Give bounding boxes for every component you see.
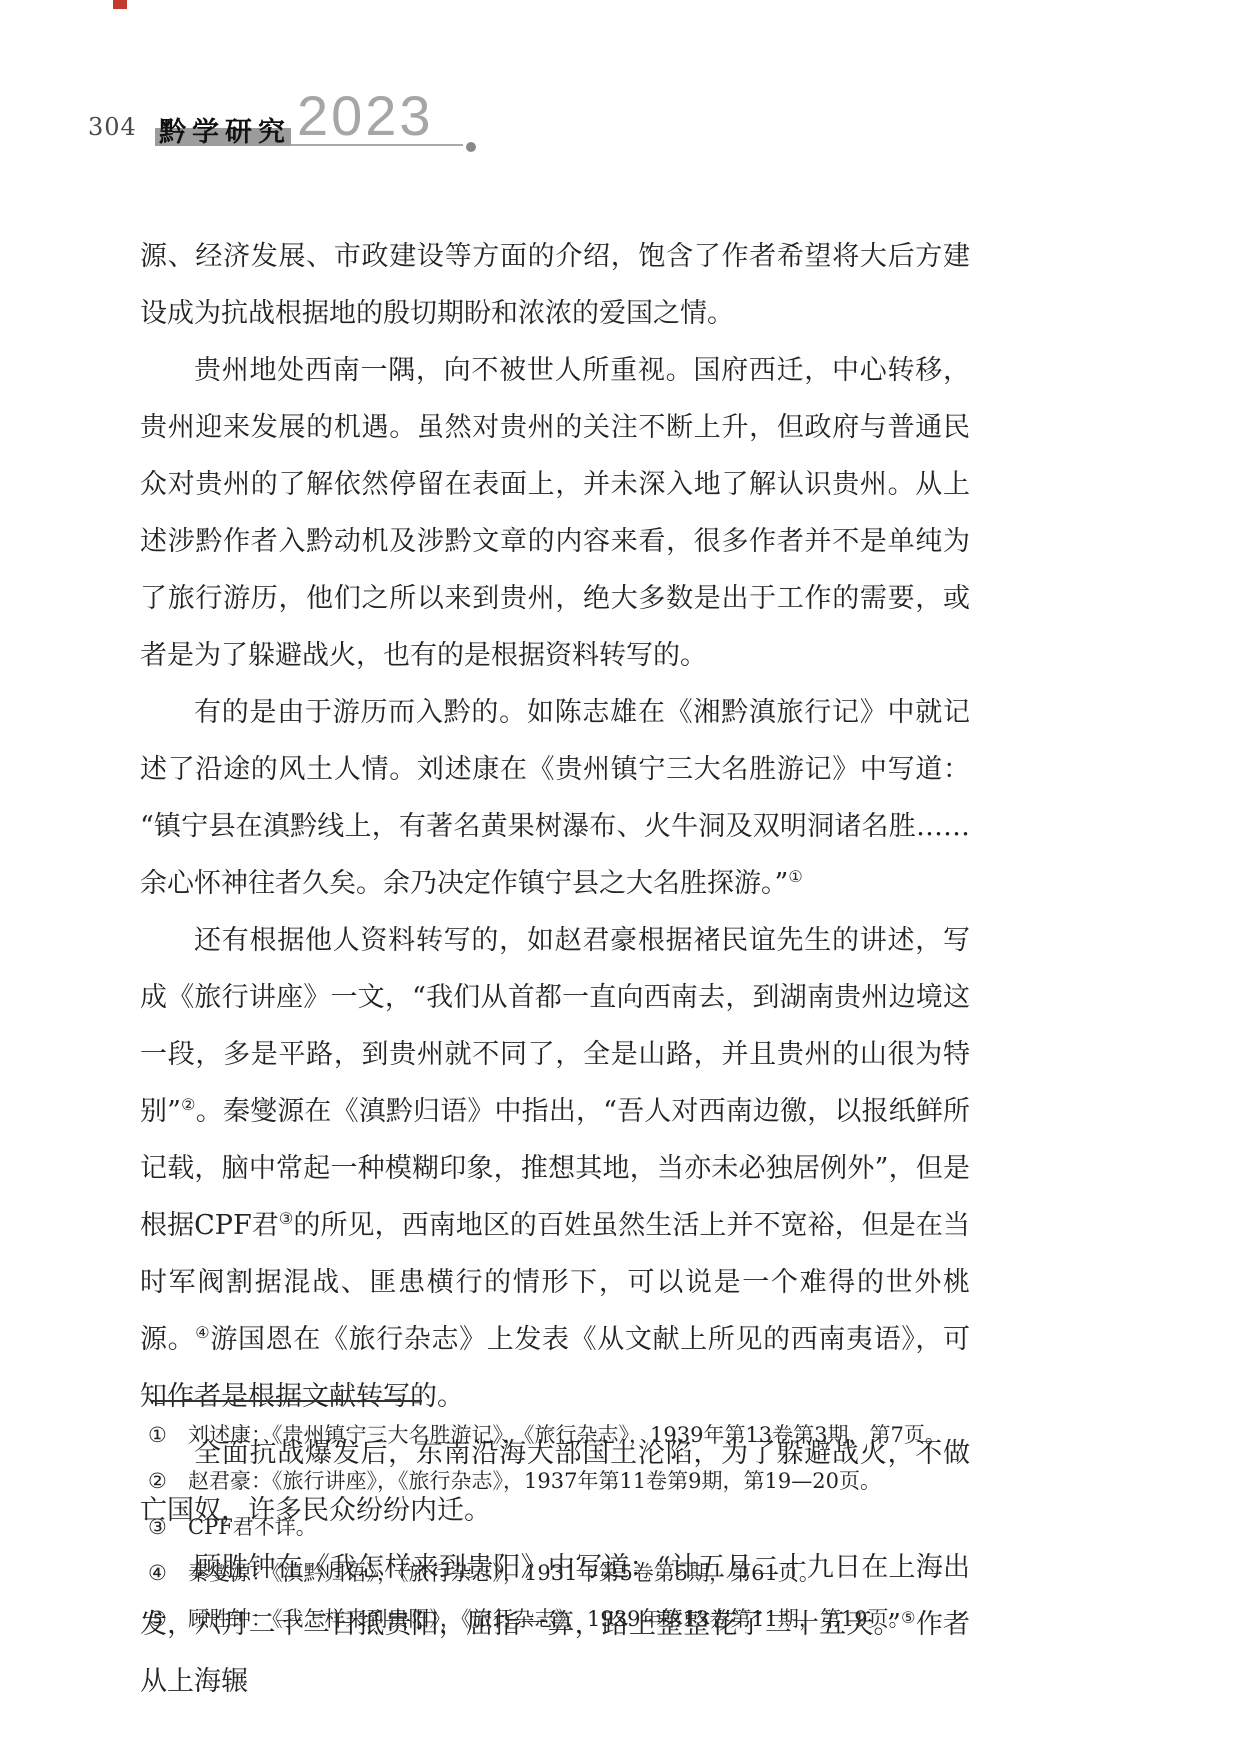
paragraph-text: 贵州地处西南一隅，向不被世人所重视。国府西迁，中心转移，贵州迎来发展的机遇。虽然… [140, 355, 970, 671]
footnote-text: 秦燮源：《滇黔归语》，《旅行杂志》，1931年第5卷第5期，第61页。 [188, 1550, 970, 1596]
paragraph: 贵州地处西南一隅，向不被世人所重视。国府西迁，中心转移，贵州迎来发展的机遇。虽然… [140, 342, 970, 684]
footnote-text: 刘述康：《贵州镇宁三大名胜游记》，《旅行杂志》，1939年第13卷第3期，第7页… [188, 1412, 970, 1458]
footnote-separator-rule [152, 1400, 422, 1402]
footnote-text: CPF君不详。 [188, 1504, 970, 1550]
footnote-ref: ④ [195, 1323, 210, 1342]
footnote-text: 赵君豪：《旅行讲座》，《旅行杂志》，1937年第11卷第9期，第19—20页。 [188, 1458, 970, 1504]
paragraph-text: 源、经济发展、市政建设等方面的介绍，饱含了作者希望将大后方建设成为抗战根据地的殷… [140, 241, 970, 329]
footnote-ref: ① [788, 867, 803, 886]
footnote-row: ④秦燮源：《滇黔归语》，《旅行杂志》，1931年第5卷第5期，第61页。 [148, 1550, 970, 1596]
footnote-ref: ③ [279, 1209, 294, 1228]
footnote-marker: ② [148, 1458, 188, 1504]
footnote-row: ②赵君豪：《旅行讲座》，《旅行杂志》，1937年第11卷第9期，第19—20页。 [148, 1458, 970, 1504]
footnote-marker: ③ [148, 1504, 188, 1550]
paragraph-text: 游国恩在《旅行杂志》上发表《从文献上所见的西南夷语》，可知作者是根据文献转写的。 [140, 1324, 970, 1412]
header-rule [291, 144, 463, 146]
footnote-list: ①刘述康：《贵州镇宁三大名胜游记》，《旅行杂志》，1939年第13卷第3期，第7… [148, 1412, 970, 1642]
footnote-marker: ⑤ [148, 1596, 188, 1642]
footnote-text: 顾胜钟：《我怎样来到贵阳》，《旅行杂志》，1939年第13卷第11期，第19页。 [188, 1596, 970, 1642]
journal-title: 黔学研究 [159, 110, 291, 149]
header-dot [466, 142, 476, 152]
footnote-row: ①刘述康：《贵州镇宁三大名胜游记》，《旅行杂志》，1939年第13卷第3期，第7… [148, 1412, 970, 1458]
footnote-row: ③CPF君不详。 [148, 1504, 970, 1550]
paragraph: 还有根据他人资料转写的，如赵君豪根据褚民谊先生的讲述，写成《旅行讲座》一文，“我… [140, 912, 970, 1425]
footnote-ref: ② [181, 1095, 196, 1114]
book-page: 304 黔学研究 2023 源、经济发展、市政建设等方面的介绍，饱含了作者希望将… [0, 0, 1247, 1743]
paragraph-text: 有的是由于游历而入黔的。如陈志雄在《湘黔滇旅行记》中就记述了沿途的风土人情。刘述… [140, 697, 970, 899]
page-number: 304 [88, 113, 137, 141]
paragraph: 源、经济发展、市政建设等方面的介绍，饱含了作者希望将大后方建设成为抗战根据地的殷… [140, 228, 970, 342]
paragraph: 有的是由于游历而入黔的。如陈志雄在《湘黔滇旅行记》中就记述了沿途的风土人情。刘述… [140, 684, 970, 912]
footnote-marker: ④ [148, 1550, 188, 1596]
journal-year: 2023 [297, 88, 434, 144]
footnote-marker: ① [148, 1412, 188, 1458]
scan-artifact-red-mark [113, 0, 127, 9]
footnote-row: ⑤顾胜钟：《我怎样来到贵阳》，《旅行杂志》，1939年第13卷第11期，第19页… [148, 1596, 970, 1642]
